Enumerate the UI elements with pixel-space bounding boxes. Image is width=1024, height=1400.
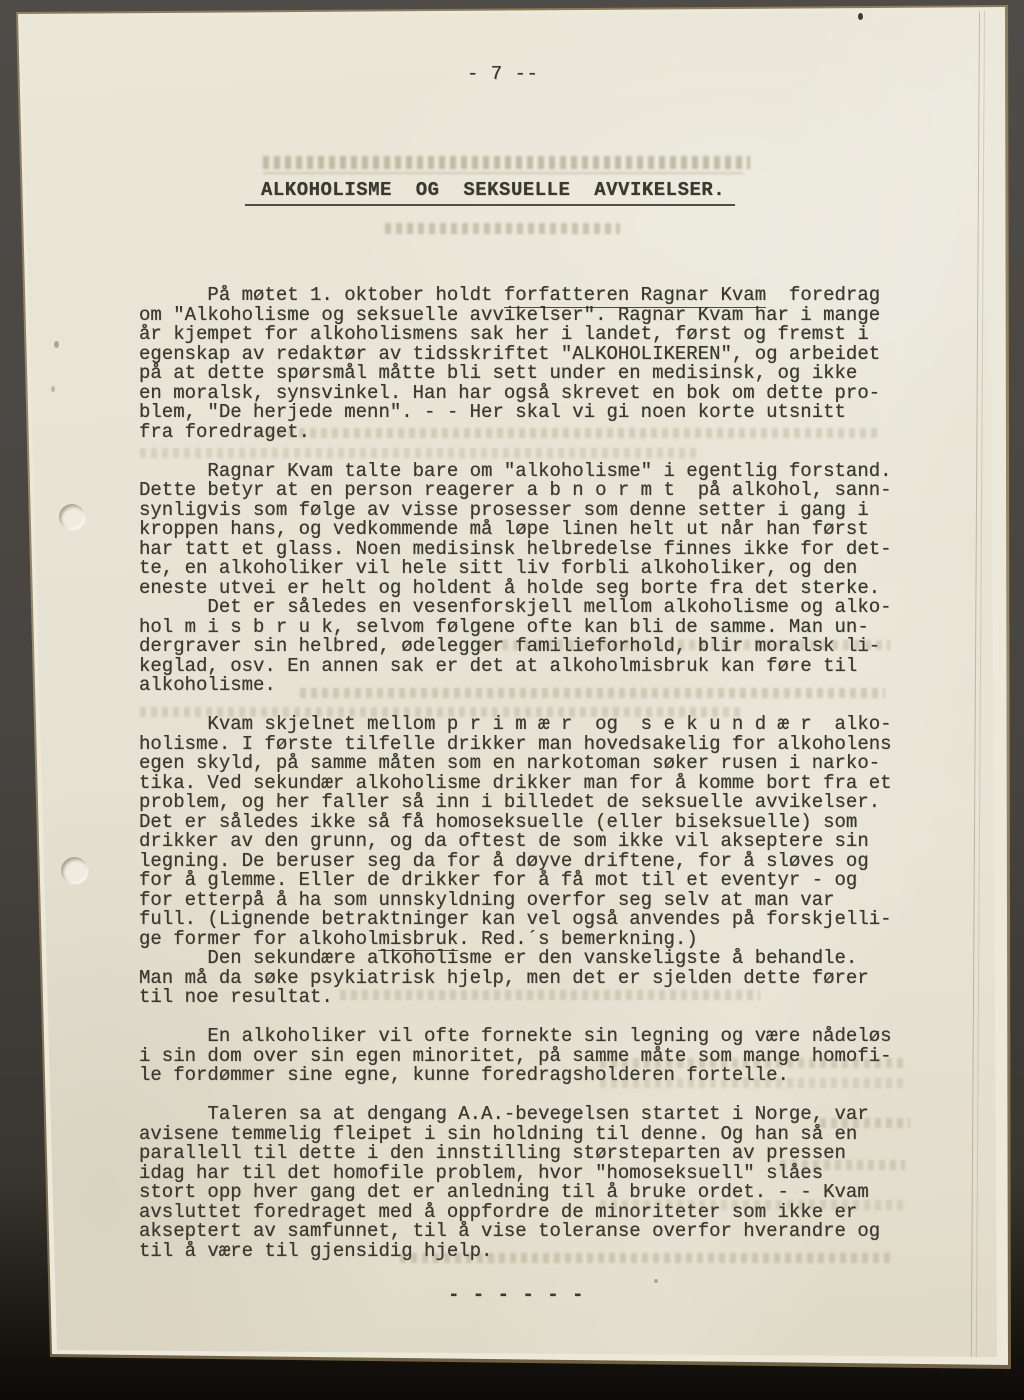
mark	[54, 341, 59, 348]
end-mark: - - - - - -	[448, 1286, 584, 1306]
punch-hole	[61, 857, 88, 884]
bleed-through-strip	[385, 223, 620, 234]
body-text: På møtet 1. oktober holdt forfatteren Ra…	[139, 286, 892, 1261]
bleed-through-strip	[263, 156, 750, 169]
paragraph: På møtet 1. oktober holdt forfatteren Ra…	[139, 286, 892, 442]
text-line: akseptert av samfunnet, til å vise toler…	[139, 1222, 892, 1242]
paragraph: En alkoholiker vil ofte fornekte sin leg…	[139, 1027, 892, 1086]
paragraph: Ragnar Kvam talte bare om "alkoholisme" …	[139, 462, 892, 696]
document-title-wrap: ALKOHOLISME OG SEKSUELLE AVVIKELSER.	[245, 181, 735, 201]
text-line: for å glemme. Eller de drikker for å få …	[139, 871, 892, 891]
text-line: Den sekundære alkoholisme er den vanskel…	[139, 949, 892, 969]
document-title: ALKOHOLISME OG SEKSUELLE AVVIKELSER.	[245, 179, 735, 206]
text-line: problem, og her faller så inn i billedet…	[139, 793, 892, 813]
text-line: En alkoholiker vil ofte fornekte sin leg…	[139, 1027, 892, 1047]
text-line: kroppen hans, og vedkommende må løpe lin…	[139, 520, 892, 540]
text-line: drikker av den grunn, og da oftest de so…	[139, 832, 892, 852]
text-line: Det er således en vesenforskjell mellom …	[139, 598, 892, 618]
text-line: egen skyld, på samme måten som en narkot…	[139, 754, 892, 774]
punch-hole	[59, 504, 85, 530]
text-line: Taleren sa at dengang A.A.-bevegelsen st…	[139, 1105, 892, 1125]
text-line: dergraver sin helbred, ødelegger familie…	[139, 637, 892, 657]
text-line: te, en alkoholiker vil hele sitt liv for…	[139, 559, 892, 579]
text-line: til å være til gjensidig hjelp.	[139, 1242, 892, 1262]
text-line: le fordømmer sine egne, kunne foredragsh…	[139, 1066, 892, 1086]
text-line: til noe resultat.	[139, 988, 892, 1008]
text-line: blem, "De herjede menn". - - Her skal vi…	[139, 403, 892, 423]
ink-speck	[858, 13, 863, 20]
text-line: Dette betyr at en person reagerer a b n …	[139, 481, 892, 501]
text-line: På møtet 1. oktober holdt forfatteren Ra…	[139, 286, 892, 306]
text-line: år kjempet for alkoholismens sak her i l…	[139, 325, 892, 345]
text-line: alkoholisme.	[139, 676, 892, 696]
text-line: stort opp hver gang det er anledning til…	[139, 1183, 892, 1203]
text-line: Kvam skjelnet mellom p r i m æ r og s e …	[139, 715, 892, 735]
page-number: - 7 --	[467, 65, 538, 85]
text-line: fra foredraget.	[139, 423, 892, 443]
mark	[654, 1279, 658, 1283]
text-line: på at dette spørsmål måtte bli sett unde…	[139, 364, 892, 384]
scanned-document-page: - 7 -- ALKOHOLISME OG SEKSUELLE AVVIKELS…	[0, 0, 1024, 1400]
text-line: parallell til dette i den innstilling st…	[139, 1144, 892, 1164]
paragraph: Kvam skjelnet mellom p r i m æ r og s e …	[139, 715, 892, 1008]
mark	[51, 386, 55, 392]
paragraph: Taleren sa at dengang A.A.-bevegelsen st…	[139, 1105, 892, 1261]
bleed-through-underline	[263, 172, 743, 174]
